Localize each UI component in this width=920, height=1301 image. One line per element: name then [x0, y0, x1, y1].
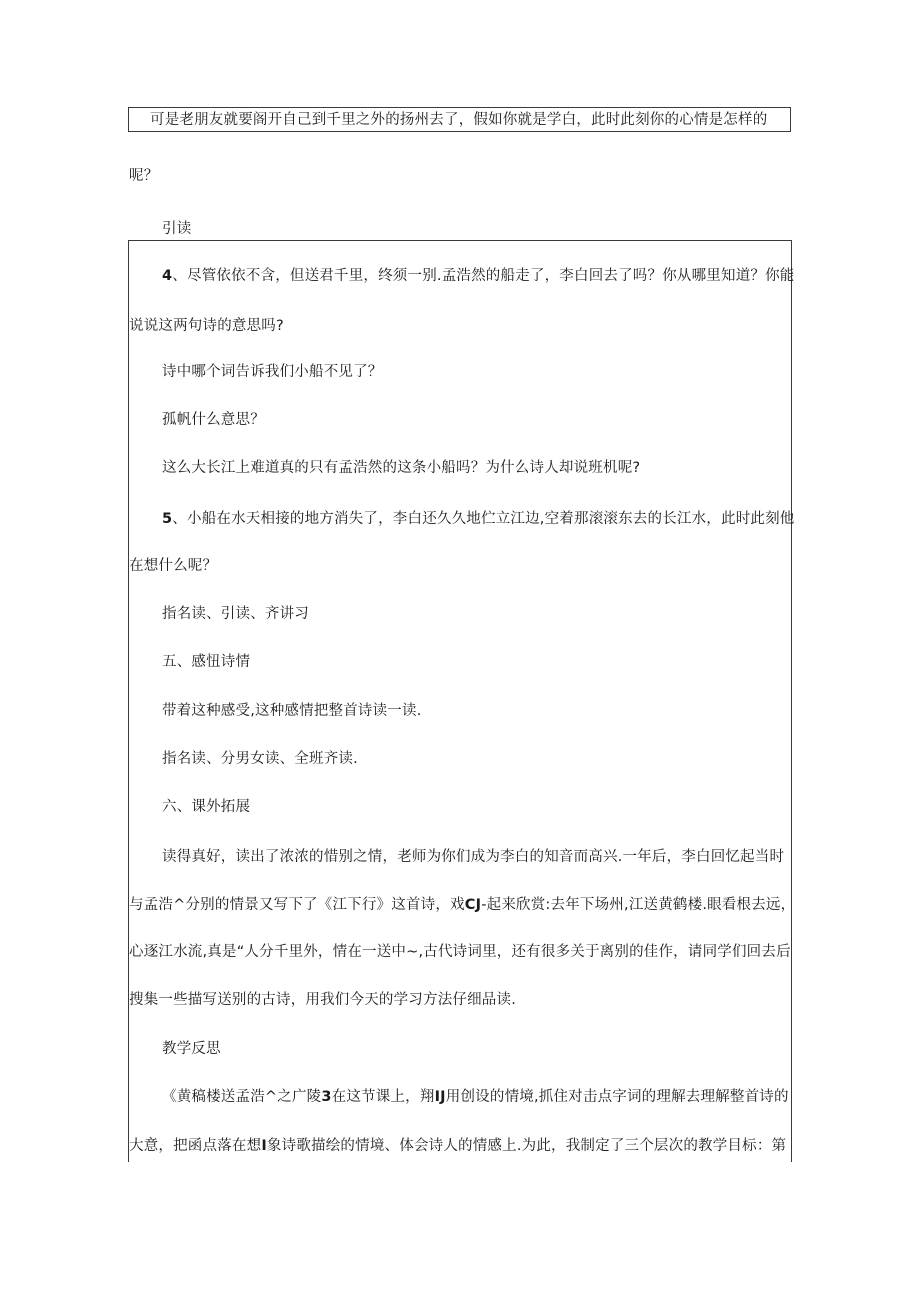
question-4-sub-2: 孤帆什么意思？: [162, 410, 265, 430]
question-4-text: 、尽管依依不含，但送君千里，终须一别.孟浩然的船走了，李白回去了吗？你从哪里知道…: [172, 268, 794, 284]
question-5-line-2: 在想什么呢？: [129, 556, 217, 576]
section-6-line-2-part-b: CJ: [465, 897, 481, 913]
reflection-line-1: 《黄稿楼送孟浩^之广陵3在这节课上，翔IJ用创设的情境,抓住对击点字词的理解去理…: [162, 1087, 789, 1107]
reflection-line-1-part-a: 《黄稿楼送孟浩^之广陵: [162, 1089, 321, 1105]
question-4-number: 4: [162, 268, 172, 284]
reflection-title: 教学反思: [162, 1039, 221, 1059]
reflection-line-2-part-c: 象诗歌描绘的情境、体会诗人的情感上.为此，我制定了三个层次的教学目标：第: [267, 1138, 786, 1154]
reflection-line-1-part-c: 在这节课上，翔: [332, 1089, 435, 1105]
question-5-number: 5: [162, 511, 172, 527]
question-4-sub-3: 这么大长江上难道真的只有孟浩然的这条小船吗？为什么诗人却说班机呢?: [162, 458, 640, 478]
section-5-title: 五、感忸诗情: [162, 652, 250, 672]
section-6-title: 六、课外拓展: [162, 797, 250, 817]
section-6-line-2: 与孟浩^分别的情景又写下了《江下行》这首诗，戏CJ-起来欣赏:去年下场州,江送黄…: [129, 895, 795, 915]
section-6-line-2-part-a: 与孟浩^分别的情景又写下了《江下行》这首诗，戏: [129, 897, 465, 913]
reflection-line-1-part-d: IJ: [435, 1089, 446, 1105]
document-page: 可是老朋友就要阁开自己到千里之外的扬州去了，假如你就是学白，此时此刻你的心情是怎…: [0, 0, 920, 1301]
top-box-text: 可是老朋友就要阁开自己到千里之外的扬州去了，假如你就是学白，此时此刻你的心情是怎…: [150, 110, 767, 130]
reflection-line-1-part-e: 用创设的情境,抓住对击点字词的理解去理解整首诗的: [446, 1089, 789, 1105]
question-4-line-1: 4、尽管依依不含，但送君千里，终须一别.孟浩然的船走了，李白回去了吗？你从哪里知…: [162, 266, 795, 286]
section-6-line-3: 心逐江水流,真是“人分千里外，情在一送中~,古代诗词里，还有很多关于离别的佳作，…: [129, 942, 791, 962]
question-5-text: 、小船在水天相接的地方消失了，李白还久久地伫立江边,空着那滚滚东去的长江水，此时…: [172, 511, 794, 527]
reflection-line-2-part-a: 大意，把函点落在想: [129, 1138, 261, 1154]
section-6-line-4: 搜集一些描写送别的古诗，用我们今天的学习方法仔细品读.: [129, 990, 516, 1010]
section-5-paragraph-1: 带着这种感受,这种感情把整首诗读一读.: [162, 701, 422, 721]
section-6-line-2-part-c: -起来欣赏:去年下场州,江送黄鹤楼.眼看根去远，: [481, 897, 795, 913]
question-4-line-2: 说说这两句诗的意思吗?: [129, 316, 284, 336]
reflection-line-1-part-b: 3: [321, 1089, 331, 1105]
section-5-paragraph-2: 指名读、分男女读、全班齐读.: [162, 749, 358, 769]
question-5-method: 指名读、引读、齐讲习: [162, 604, 309, 624]
guided-reading-label: 引读: [162, 219, 191, 239]
continuation-text: 呢？: [129, 166, 158, 186]
section-6-line-1: 读得真好，读出了浓浓的惜别之情，老师为你们成为李白的知音而高兴.一年后，李白回忆…: [162, 847, 784, 867]
question-4-sub-1: 诗中哪个词告诉我们小船不见了？: [162, 362, 383, 382]
question-5-line-1: 5、小船在水天相接的地方消失了，李白还久久地伫立江边,空着那滚滚东去的长江水，此…: [162, 509, 795, 529]
reflection-line-2: 大意，把函点落在想I象诗歌描绘的情境、体会诗人的情感上.为此，我制定了三个层次的…: [129, 1136, 786, 1156]
